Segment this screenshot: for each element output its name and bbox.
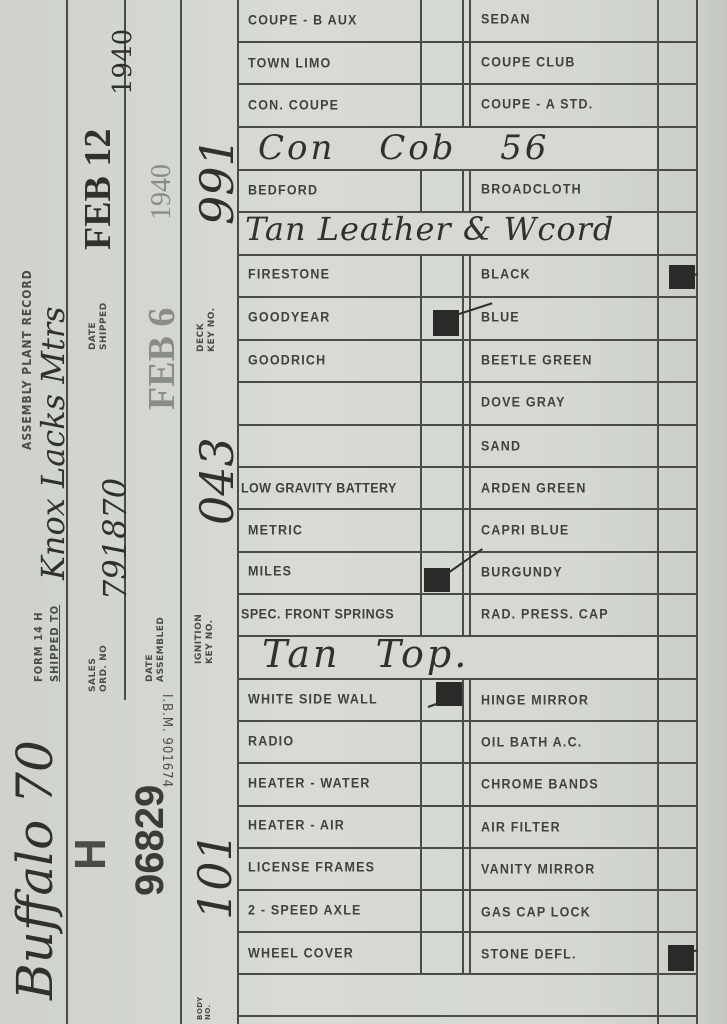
grid-rule bbox=[238, 931, 697, 933]
body-no-label: BODY NO. bbox=[196, 996, 212, 1020]
option-town-limo: TOWN LIMO bbox=[248, 55, 331, 70]
option-spec-front-springs: SPEC. FRONT SPRINGS bbox=[241, 606, 394, 621]
grid-rule bbox=[238, 169, 697, 171]
option-heater-air: HEATER - AIR bbox=[248, 817, 345, 832]
option-rad-press-cap: RAD. PRESS. CAP bbox=[481, 606, 609, 621]
date-assembled-value: FEB 6 bbox=[140, 308, 184, 410]
option-arden-green: ARDEN GREEN bbox=[481, 480, 587, 495]
grid-rule bbox=[238, 889, 697, 891]
grid-rule bbox=[238, 381, 697, 383]
assembly-plant-record-card: FORM 14 H SHIPPED TO ASSEMBLY PLANT RECO… bbox=[0, 0, 727, 1024]
deck-key-label: DECK KEY NO. bbox=[196, 307, 218, 352]
option-air-filter: AIR FILTER bbox=[481, 819, 561, 834]
option-stone-defl: STONE DEFL. bbox=[481, 946, 577, 961]
option-gas-cap-lock: GAS CAP LOCK bbox=[481, 904, 591, 919]
body-no-label-line1: BODY bbox=[196, 996, 204, 1020]
grid-rule bbox=[238, 508, 697, 510]
grid-col-rule-4 bbox=[657, 0, 659, 1024]
option-coupe-a-std: COUPE - A STD. bbox=[481, 96, 593, 111]
date-shipped-label-line2: SHIPPED bbox=[99, 302, 110, 350]
deck-key-label-line1: DECK bbox=[196, 307, 207, 352]
option-blue: BLUE bbox=[481, 309, 520, 324]
grid-rule bbox=[238, 805, 697, 807]
sales-order-label-line1: SALES bbox=[88, 645, 99, 692]
ignition-key-label: IGNITION KEY NO. bbox=[194, 614, 216, 664]
grid-rule bbox=[238, 973, 697, 975]
sales-order-label: SALES ORD. NO bbox=[88, 645, 110, 692]
option-sedan: SEDAN bbox=[481, 11, 531, 26]
handwritten-top: Tan Top. bbox=[262, 632, 469, 676]
option-wheel-cover: WHEEL COVER bbox=[248, 945, 354, 960]
date-assembled-label: DATE ASSEMBLED bbox=[145, 617, 167, 682]
date-shipped-label-line1: DATE bbox=[88, 302, 99, 350]
option-low-gravity-battery: LOW GRAVITY BATTERY bbox=[241, 480, 397, 495]
option-goodrich: GOODRICH bbox=[248, 352, 326, 367]
ignition-key-label-line2: KEY NO. bbox=[205, 614, 216, 664]
option-oil-bath-ac: OIL BATH A.C. bbox=[481, 734, 582, 749]
option-miles: MILES bbox=[248, 563, 292, 578]
option-2-speed-axle: 2 - SPEED AXLE bbox=[248, 902, 362, 917]
grid-rule bbox=[238, 847, 697, 849]
date-assembled-year: 1940 bbox=[146, 164, 178, 220]
option-firestone: FIRESTONE bbox=[248, 266, 330, 281]
check-mark-black bbox=[669, 265, 695, 289]
grid-rule bbox=[238, 551, 697, 553]
left-col-rule-3 bbox=[180, 0, 182, 1024]
ignition-key-label-line1: IGNITION bbox=[194, 614, 205, 664]
form-number: FORM 14 H bbox=[32, 611, 45, 682]
option-con-coupe: CON. COUPE bbox=[248, 97, 339, 112]
option-radio: RADIO bbox=[248, 733, 294, 748]
sales-order-label-line2: ORD. NO bbox=[99, 645, 110, 692]
date-assembled-label-line1: DATE bbox=[145, 617, 156, 682]
option-sand: SAND bbox=[481, 438, 521, 453]
grid-rule bbox=[238, 762, 697, 764]
option-vanity-mirror: VANITY MIRROR bbox=[481, 861, 595, 876]
handwritten-trim: Tan Leather & Wcord bbox=[245, 210, 614, 248]
handwritten-body-type: Con Cob 56 bbox=[258, 128, 550, 168]
date-assembled-label-line2: ASSEMBLED bbox=[156, 617, 167, 682]
date-shipped-value: FEB 12 bbox=[76, 129, 120, 250]
grid-rule bbox=[238, 83, 697, 85]
plant-code: H bbox=[66, 838, 116, 870]
option-goodyear: GOODYEAR bbox=[248, 309, 331, 324]
serial-number: 96829 bbox=[128, 785, 173, 896]
shipped-to-label: SHIPPED TO bbox=[48, 605, 61, 682]
option-beetle-green: BEETLE GREEN bbox=[481, 352, 593, 367]
grid-rule bbox=[238, 254, 697, 256]
grid-rule bbox=[238, 1015, 697, 1017]
body-no-value: 101 bbox=[188, 832, 242, 920]
option-bedford: BEDFORD bbox=[248, 182, 318, 197]
option-white-side-wall: WHITE SIDE WALL bbox=[248, 691, 378, 706]
deck-key-value: 991 bbox=[190, 137, 244, 225]
option-metric: METRIC bbox=[248, 522, 303, 537]
check-mark-stone-defl bbox=[668, 945, 694, 971]
grid-rule bbox=[238, 41, 697, 43]
document-title: ASSEMBLY PLANT RECORD bbox=[20, 269, 34, 450]
option-coupe-club: COUPE CLUB bbox=[481, 54, 576, 69]
option-black: BLACK bbox=[481, 266, 531, 281]
date-shipped-label: DATE SHIPPED bbox=[88, 302, 110, 350]
grid-rule bbox=[238, 466, 697, 468]
plant-name: Buffalo 70 bbox=[6, 740, 64, 1000]
paper-right-edge bbox=[698, 0, 727, 1024]
option-hinge-mirror: HINGE MIRROR bbox=[481, 692, 589, 707]
grid-rule bbox=[238, 296, 697, 298]
option-heater-water: HEATER - WATER bbox=[248, 775, 371, 790]
option-chrome-bands: CHROME BANDS bbox=[481, 776, 599, 791]
body-no-label-line2: NO. bbox=[204, 996, 212, 1020]
grid-rule bbox=[238, 720, 697, 722]
grid-rule bbox=[238, 593, 697, 595]
printer-mark: I.B.M. 901674 bbox=[159, 694, 174, 788]
deck-key-label-line2: KEY NO. bbox=[207, 307, 218, 352]
option-dove-gray: DOVE GRAY bbox=[481, 394, 566, 409]
ignition-key-value: 043 bbox=[190, 437, 244, 525]
shipped-to-value: Knox Lacks Mtrs bbox=[34, 306, 72, 580]
grid-rule bbox=[238, 678, 697, 680]
option-capri-blue: CAPRI BLUE bbox=[481, 522, 569, 537]
option-burgundy: BURGUNDY bbox=[481, 564, 563, 579]
date-shipped-year: 1940 bbox=[108, 29, 138, 95]
grid-rule bbox=[238, 339, 697, 341]
option-license-frames: LICENSE FRAMES bbox=[248, 859, 375, 874]
grid-rule bbox=[238, 424, 697, 426]
option-broadcloth: BROADCLOTH bbox=[481, 181, 582, 196]
option-coupe-b-aux: COUPE - B AUX bbox=[248, 12, 358, 27]
sales-order-value: 791870 bbox=[96, 478, 134, 600]
